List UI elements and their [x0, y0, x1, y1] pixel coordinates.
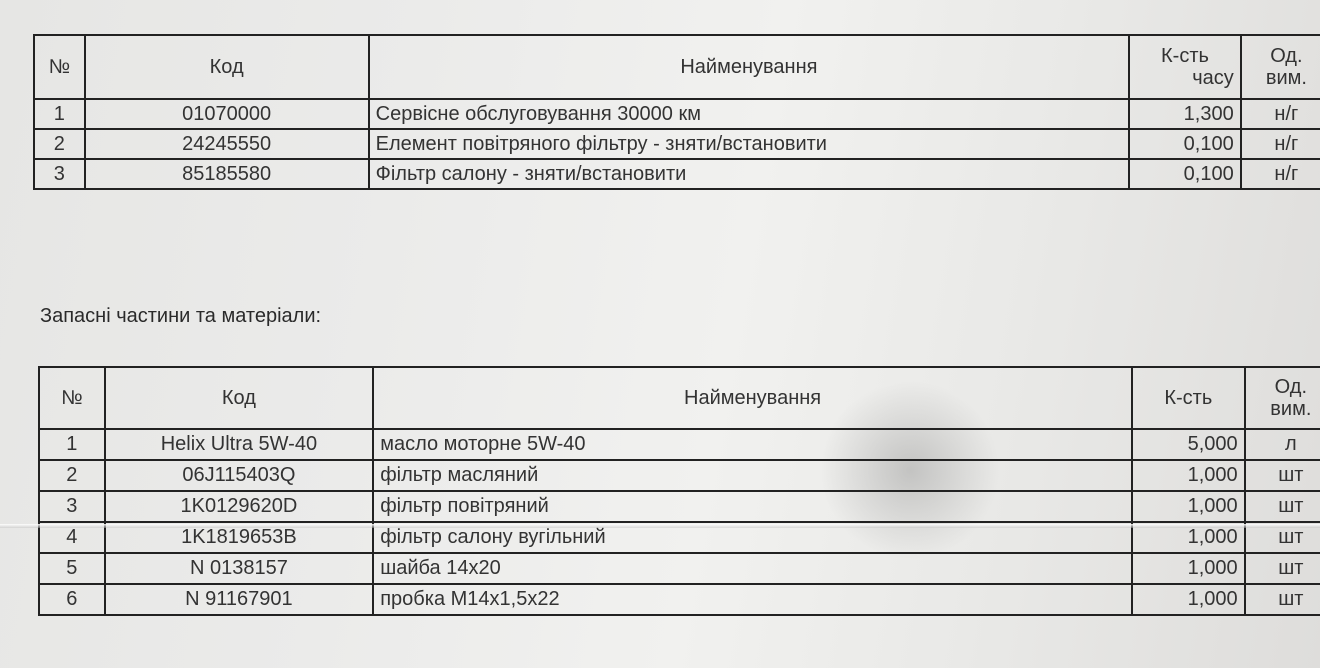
- row-code: 01070000: [85, 99, 369, 129]
- row-number: 5: [39, 553, 105, 584]
- parts-section-title: Запасні частини та матеріали:: [40, 305, 321, 328]
- parts-table-header: № Код Найменування К-сть Од. вим.: [39, 367, 1320, 429]
- row-name: Сервісне обслуговування 30000 км: [369, 99, 1130, 129]
- row-code: 24245550: [85, 129, 369, 159]
- row-unit: шт: [1245, 460, 1320, 491]
- row-unit: л: [1245, 429, 1320, 460]
- row-code: 1K1819653B: [105, 522, 374, 553]
- row-number: 3: [34, 159, 85, 189]
- header-unit-line1: Од.: [1252, 376, 1320, 398]
- header-unit-line2: вим.: [1252, 398, 1320, 420]
- row-code: 06J115403Q: [105, 460, 374, 491]
- row-unit: н/г: [1241, 99, 1320, 129]
- table-row: 224245550Елемент повітряного фільтру - з…: [34, 129, 1320, 159]
- table-row: 206J115403Qфільтр масляний1,000шт: [39, 460, 1320, 491]
- row-number: 2: [39, 460, 105, 491]
- header-name: Найменування: [369, 35, 1130, 99]
- labor-table: № Код Найменування К-сть часу Од. вим. 1…: [33, 34, 1320, 190]
- row-name: масло моторне 5W-40: [373, 429, 1132, 460]
- row-name: фільтр повітряний: [373, 491, 1132, 522]
- row-quantity: 1,000: [1132, 522, 1245, 553]
- header-num: №: [39, 367, 105, 429]
- row-quantity: 0,100: [1129, 159, 1241, 189]
- row-name: шайба 14x20: [373, 553, 1132, 584]
- header-unit-line1: Од.: [1248, 45, 1320, 67]
- table-row: 41K1819653Bфільтр салону вугільний1,000ш…: [39, 522, 1320, 553]
- header-qty: К-сть: [1132, 367, 1245, 429]
- row-quantity: 1,000: [1132, 584, 1245, 615]
- row-unit: н/г: [1241, 129, 1320, 159]
- table-row: 31K0129620Dфільтр повітряний1,000шт: [39, 491, 1320, 522]
- row-code: N 91167901: [105, 584, 374, 615]
- row-code: 1K0129620D: [105, 491, 374, 522]
- header-unit: Од. вим.: [1241, 35, 1320, 99]
- header-qty-line2: часу: [1136, 67, 1234, 89]
- row-quantity: 1,000: [1132, 491, 1245, 522]
- row-number: 1: [39, 429, 105, 460]
- parts-table: № Код Найменування К-сть Од. вим. 1Helix…: [38, 366, 1320, 616]
- row-quantity: 0,100: [1129, 129, 1241, 159]
- row-code: Helix Ultra 5W-40: [105, 429, 374, 460]
- row-unit: шт: [1245, 522, 1320, 553]
- header-qty-line1: К-сть: [1136, 45, 1234, 67]
- row-name: фільтр салону вугільний: [373, 522, 1132, 553]
- header-code: Код: [85, 35, 369, 99]
- labor-table-header: № Код Найменування К-сть часу Од. вим.: [34, 35, 1320, 99]
- row-number: 6: [39, 584, 105, 615]
- labor-table-body: 101070000Сервісне обслуговування 30000 к…: [34, 99, 1320, 189]
- row-number: 2: [34, 129, 85, 159]
- table-row: 101070000Сервісне обслуговування 30000 к…: [34, 99, 1320, 129]
- row-unit: шт: [1245, 491, 1320, 522]
- table-row: 5N 0138157шайба 14x201,000шт: [39, 553, 1320, 584]
- row-name: Фільтр салону - зняти/встановити: [369, 159, 1130, 189]
- row-name: Елемент повітряного фільтру - зняти/вста…: [369, 129, 1130, 159]
- table-row: 1Helix Ultra 5W-40масло моторне 5W-405,0…: [39, 429, 1320, 460]
- row-unit: н/г: [1241, 159, 1320, 189]
- header-code: Код: [105, 367, 374, 429]
- table-row: 385185580Фільтр салону - зняти/встановит…: [34, 159, 1320, 189]
- row-name: пробка M14x1,5x22: [373, 584, 1132, 615]
- row-number: 4: [39, 522, 105, 553]
- header-unit: Од. вим.: [1245, 367, 1320, 429]
- row-number: 1: [34, 99, 85, 129]
- row-unit: шт: [1245, 584, 1320, 615]
- row-code: N 0138157: [105, 553, 374, 584]
- row-number: 3: [39, 491, 105, 522]
- header-name: Найменування: [373, 367, 1132, 429]
- header-unit-line2: вим.: [1248, 67, 1320, 89]
- row-code: 85185580: [85, 159, 369, 189]
- row-unit: шт: [1245, 553, 1320, 584]
- table-row: 6N 91167901пробка M14x1,5x221,000шт: [39, 584, 1320, 615]
- row-quantity: 5,000: [1132, 429, 1245, 460]
- row-name: фільтр масляний: [373, 460, 1132, 491]
- row-quantity: 1,000: [1132, 553, 1245, 584]
- header-qty: К-сть часу: [1129, 35, 1241, 99]
- header-num: №: [34, 35, 85, 99]
- row-quantity: 1,000: [1132, 460, 1245, 491]
- parts-table-body: 1Helix Ultra 5W-40масло моторне 5W-405,0…: [39, 429, 1320, 615]
- row-quantity: 1,300: [1129, 99, 1241, 129]
